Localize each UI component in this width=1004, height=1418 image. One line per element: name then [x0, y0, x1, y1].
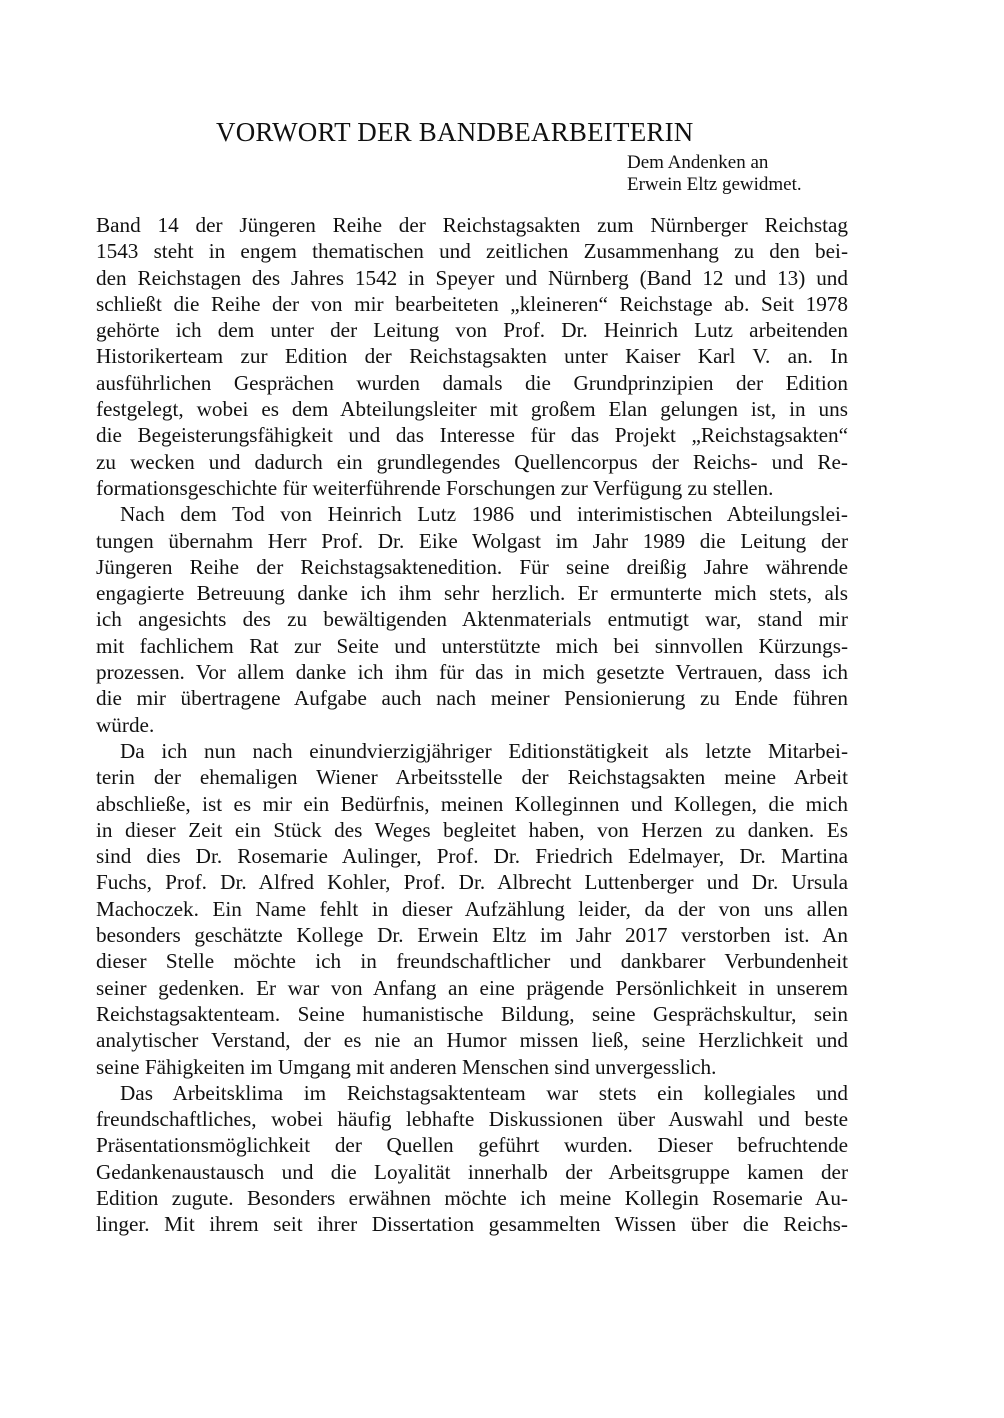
- text-line: ich angesichts des zu bewältigenden Akte…: [96, 606, 848, 632]
- text-line: Gedankenaustausch und die Loyalität inne…: [96, 1159, 848, 1185]
- text-line: freundschaftliches, wobei häufig lebhaft…: [96, 1106, 848, 1132]
- text-line: Nach dem Tod von Heinrich Lutz 1986 und …: [96, 501, 848, 527]
- body-text: Band 14 der Jüngeren Reihe der Reichstag…: [96, 212, 848, 1238]
- text-line: tungen übernahm Herr Prof. Dr. Eike Wolg…: [96, 528, 848, 554]
- text-line: Reichstagsaktenteam. Seine humanistische…: [96, 1001, 848, 1027]
- text-line: würde.: [96, 712, 848, 738]
- text-line: den Reichstagen des Jahres 1542 in Speye…: [96, 265, 848, 291]
- dedication-line: Dem Andenken an: [627, 152, 802, 174]
- text-line: abschließe, ist es mir ein Bedürfnis, me…: [96, 791, 848, 817]
- text-line: Jüngeren Reihe der Reichstagsakteneditio…: [96, 554, 848, 580]
- text-line: gehörte ich dem unter der Leitung von Pr…: [96, 317, 848, 343]
- text-line: die mir übertragene Aufgabe auch nach me…: [96, 685, 848, 711]
- text-line: terin der ehemaligen Wiener Arbeitsstell…: [96, 764, 848, 790]
- text-line: 1543 steht in engem thematischen und zei…: [96, 238, 848, 264]
- text-line: besonders geschätzte Kollege Dr. Erwein …: [96, 922, 848, 948]
- text-line: Da ich nun nach einundvierzigjähriger Ed…: [96, 738, 848, 764]
- document-page: VORWORT DER BANDBEARBEITERIN Dem Andenke…: [0, 0, 1004, 1418]
- text-line: schließt die Reihe der von mir bearbeite…: [96, 291, 848, 317]
- text-line: dieser Stelle möchte ich in freundschaft…: [96, 948, 848, 974]
- text-line: festgelegt, wobei es dem Abteilungsleite…: [96, 396, 848, 422]
- text-line: prozessen. Vor allem danke ich ihm für d…: [96, 659, 848, 685]
- text-line: die Begeisterungsfähigkeit und das Inter…: [96, 422, 848, 448]
- page-title: VORWORT DER BANDBEARBEITERIN: [216, 116, 693, 148]
- text-line: engagierte Betreuung danke ich ihm sehr …: [96, 580, 848, 606]
- text-line: in dieser Zeit ein Stück des Weges begle…: [96, 817, 848, 843]
- text-line: formationsgeschichte für weiterführende …: [96, 475, 848, 501]
- dedication: Dem Andenken an Erwein Eltz gewidmet.: [627, 152, 802, 196]
- text-line: Fuchs, Prof. Dr. Alfred Kohler, Prof. Dr…: [96, 869, 848, 895]
- text-line: Das Arbeitsklima im Reichstagsaktenteam …: [96, 1080, 848, 1106]
- text-line: zu wecken und dadurch ein grundlegendes …: [96, 449, 848, 475]
- text-line: Historikerteam zur Edition der Reichstag…: [96, 343, 848, 369]
- paragraph: Das Arbeitsklima im Reichstagsaktenteam …: [96, 1080, 848, 1238]
- text-line: mit fachlichem Rat zur Seite und unterst…: [96, 633, 848, 659]
- text-line: Band 14 der Jüngeren Reihe der Reichstag…: [96, 212, 848, 238]
- text-line: Edition zugute. Besonders erwähnen möcht…: [96, 1185, 848, 1211]
- text-line: seiner gedenken. Er war von Anfang an ei…: [96, 975, 848, 1001]
- text-line: seine Fähigkeiten im Umgang mit anderen …: [96, 1054, 848, 1080]
- text-line: ausführlichen Gesprächen wurden damals d…: [96, 370, 848, 396]
- dedication-line: Erwein Eltz gewidmet.: [627, 174, 802, 196]
- text-line: analytischer Verstand, der es nie an Hum…: [96, 1027, 848, 1053]
- paragraph: Band 14 der Jüngeren Reihe der Reichstag…: [96, 212, 848, 501]
- text-line: linger. Mit ihrem seit ihrer Dissertatio…: [96, 1211, 848, 1237]
- paragraph: Nach dem Tod von Heinrich Lutz 1986 und …: [96, 501, 848, 738]
- text-line: Präsentationsmöglichkeit der Quellen gef…: [96, 1132, 848, 1158]
- text-line: Machoczek. Ein Name fehlt in dieser Aufz…: [96, 896, 848, 922]
- paragraph: Da ich nun nach einundvierzigjähriger Ed…: [96, 738, 848, 1080]
- text-line: sind dies Dr. Rosemarie Aulinger, Prof. …: [96, 843, 848, 869]
